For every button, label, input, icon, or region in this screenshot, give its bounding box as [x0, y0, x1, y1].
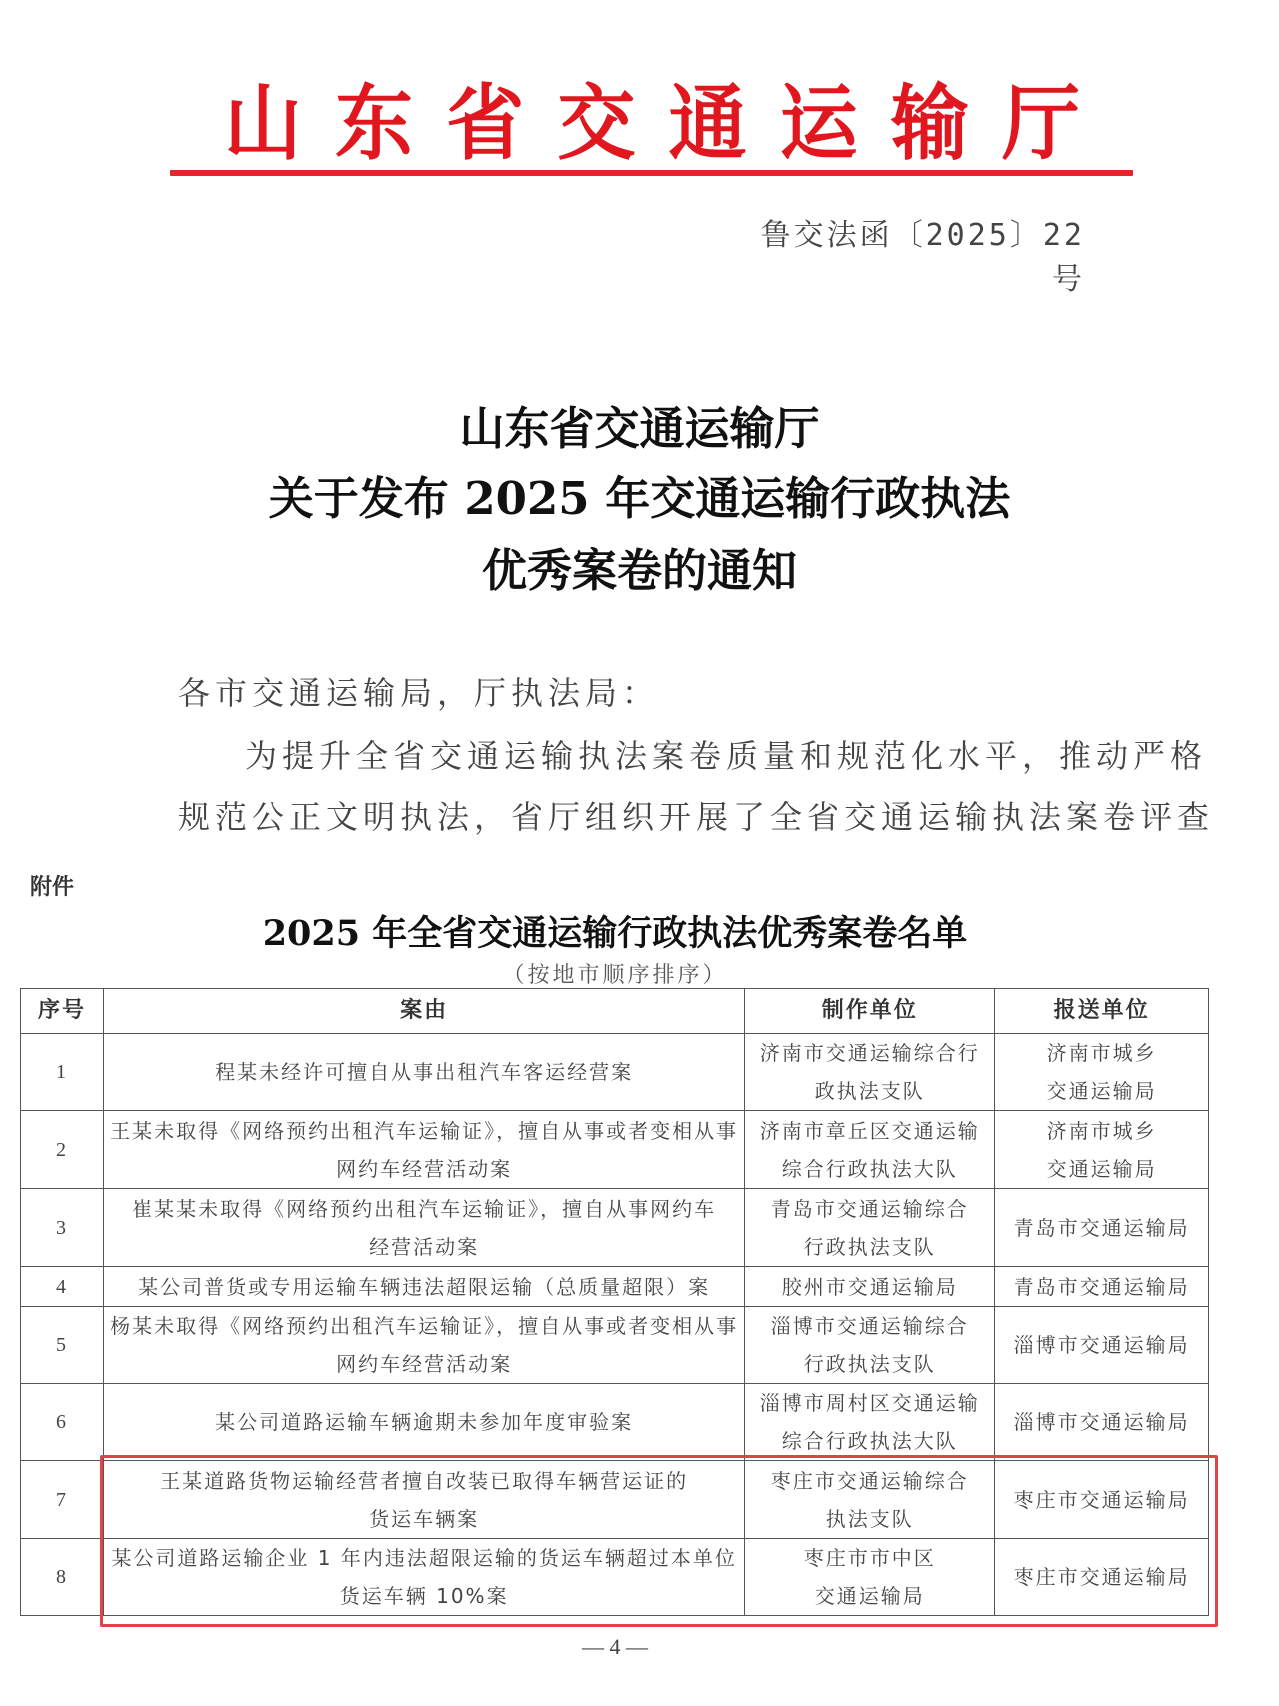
header-case-cause: 案由 [103, 989, 744, 1034]
attachment-label: 附件 [30, 870, 74, 901]
table-header-row: 序号 案由 制作单位 报送单位 [21, 989, 1209, 1034]
cell-case-cause: 王某道路货物运输经营者擅自改装已取得车辆营运证的货运车辆案 [103, 1461, 744, 1539]
header-submitting-unit: 报送单位 [995, 989, 1209, 1034]
letterhead-char: 山 [224, 58, 302, 176]
cell-line: 青岛市交通运输局 [1001, 1209, 1202, 1247]
cell-case-cause: 某公司道路运输车辆逾期未参加年度审验案 [103, 1384, 744, 1461]
cell-line: 货运车辆案 [110, 1500, 738, 1538]
cell-line: 某公司普货或专用运输车辆违法超限运输（总质量超限）案 [110, 1268, 738, 1306]
cell-line: 济南市城乡 [1001, 1112, 1202, 1150]
body-paragraph-line-2: 规范公正文明执法，省厅组织开展了全省交通运输执法案卷评查 [178, 792, 1214, 838]
cell-serial-no: 6 [21, 1384, 104, 1461]
cell-line: 政执法支队 [751, 1072, 988, 1110]
cell-submitting-unit: 枣庄市交通运输局 [995, 1461, 1209, 1539]
cell-line: 淄博市周村区交通运输 [751, 1384, 988, 1422]
cell-serial-no: 8 [21, 1539, 104, 1616]
cell-submitting-unit: 青岛市交通运输局 [995, 1189, 1209, 1267]
page-number: — 4 — [0, 1634, 1230, 1660]
cell-producing-unit: 淄博市交通运输综合行政执法支队 [745, 1307, 995, 1384]
header-producing-unit: 制作单位 [745, 989, 995, 1034]
cell-line: 枣庄市交通运输综合 [751, 1462, 988, 1500]
cell-producing-unit: 济南市交通运输综合行政执法支队 [745, 1034, 995, 1111]
cell-serial-no: 4 [21, 1267, 104, 1307]
cell-line: 淄博市交通运输局 [1001, 1326, 1202, 1364]
letterhead-char: 厅 [1002, 58, 1080, 176]
header-serial-no: 序号 [21, 989, 104, 1034]
cell-producing-unit: 济南市章丘区交通运输综合行政执法大队 [745, 1111, 995, 1189]
cell-submitting-unit: 济南市城乡交通运输局 [995, 1034, 1209, 1111]
cell-producing-unit: 胶州市交通运输局 [745, 1267, 995, 1307]
table-row: 5 杨某未取得《网络预约出租汽车运输证》，擅自从事或者变相从事网约车经营活动案 … [21, 1307, 1209, 1384]
cell-line: 济南市城乡 [1001, 1034, 1202, 1072]
cell-serial-no: 2 [21, 1111, 104, 1189]
letterhead-char: 输 [891, 58, 969, 176]
cell-producing-unit: 枣庄市交通运输综合执法支队 [745, 1461, 995, 1539]
cell-line: 枣庄市交通运输局 [1001, 1481, 1202, 1519]
letterhead-red-rule [170, 170, 1133, 176]
cell-line: 交通运输局 [1001, 1072, 1202, 1110]
cell-case-cause: 某公司普货或专用运输车辆违法超限运输（总质量超限）案 [103, 1267, 744, 1307]
cell-line: 执法支队 [751, 1500, 988, 1538]
table-row: 2 王某未取得《网络预约出租汽车运输证》，擅自从事或者变相从事网约车经营活动案 … [21, 1111, 1209, 1189]
cell-line: 济南市交通运输综合行 [751, 1034, 988, 1072]
attachment-list-title: 2025 年全省交通运输行政执法优秀案卷名单 [0, 906, 1230, 956]
table-row: 7 王某道路货物运输经营者擅自改装已取得车辆营运证的货运车辆案 枣庄市交通运输综… [21, 1461, 1209, 1539]
cell-line: 综合行政执法大队 [751, 1150, 988, 1188]
cell-line: 崔某某未取得《网络预约出租汽车运输证》，擅自从事网约车 [110, 1190, 738, 1228]
cell-case-cause: 程某未经许可擅自从事出租汽车客运经营案 [103, 1034, 744, 1111]
cell-line: 经营活动案 [110, 1228, 738, 1266]
cell-serial-no: 5 [21, 1307, 104, 1384]
cell-line: 网约车经营活动案 [110, 1150, 738, 1188]
letterhead-char: 通 [669, 58, 747, 176]
cell-submitting-unit: 淄博市交通运输局 [995, 1384, 1209, 1461]
attachment-list-subtitle: （按地市顺序排序） [0, 958, 1230, 989]
document-title-line-3: 优秀案卷的通知 [0, 534, 1279, 599]
cell-line: 某公司道路运输企业 1 年内违法超限运输的货运车辆超过本单位 [110, 1539, 738, 1577]
cell-submitting-unit: 青岛市交通运输局 [995, 1267, 1209, 1307]
letterhead-char: 运 [780, 58, 858, 176]
cell-line: 淄博市交通运输局 [1001, 1403, 1202, 1441]
table-row: 3 崔某某未取得《网络预约出租汽车运输证》，擅自从事网约车经营活动案 青岛市交通… [21, 1189, 1209, 1267]
cell-line: 综合行政执法大队 [751, 1422, 988, 1460]
cell-submitting-unit: 枣庄市交通运输局 [995, 1539, 1209, 1616]
cell-line: 枣庄市市中区 [751, 1539, 988, 1577]
cell-case-cause: 杨某未取得《网络预约出租汽车运输证》，擅自从事或者变相从事网约车经营活动案 [103, 1307, 744, 1384]
document-title-line-1: 山东省交通运输厅 [0, 392, 1279, 457]
cell-line: 货运车辆 10%案 [110, 1577, 738, 1615]
document-title-line-2: 关于发布 2025 年交通运输行政执法 [0, 462, 1279, 527]
cell-case-cause: 崔某某未取得《网络预约出租汽车运输证》，擅自从事网约车经营活动案 [103, 1189, 744, 1267]
salutation: 各市交通运输局，厅执法局： [178, 668, 659, 714]
cell-submitting-unit: 淄博市交通运输局 [995, 1307, 1209, 1384]
cell-line: 某公司道路运输车辆逾期未参加年度审验案 [110, 1403, 738, 1441]
cell-producing-unit: 青岛市交通运输综合行政执法支队 [745, 1189, 995, 1267]
letterhead-org-name: 山 东 省 交 通 运 输 厅 [224, 72, 1080, 162]
table-row: 1 程某未经许可擅自从事出租汽车客运经营案 济南市交通运输综合行政执法支队 济南… [21, 1034, 1209, 1111]
cell-producing-unit: 淄博市周村区交通运输综合行政执法大队 [745, 1384, 995, 1461]
letterhead-char: 省 [446, 58, 524, 176]
cell-line: 枣庄市交通运输局 [1001, 1558, 1202, 1596]
cell-serial-no: 1 [21, 1034, 104, 1111]
cell-line: 王某道路货物运输经营者擅自改装已取得车辆营运证的 [110, 1462, 738, 1500]
table-row: 6 某公司道路运输车辆逾期未参加年度审验案 淄博市周村区交通运输综合行政执法大队… [21, 1384, 1209, 1461]
letterhead-char: 交 [557, 58, 635, 176]
cell-line: 青岛市交通运输综合 [751, 1190, 988, 1228]
letterhead-char: 东 [335, 58, 413, 176]
cell-case-cause: 某公司道路运输企业 1 年内违法超限运输的货运车辆超过本单位货运车辆 10%案 [103, 1539, 744, 1616]
cell-line: 程某未经许可擅自从事出租汽车客运经营案 [110, 1053, 738, 1091]
cell-serial-no: 7 [21, 1461, 104, 1539]
cell-case-cause: 王某未取得《网络预约出租汽车运输证》，擅自从事或者变相从事网约车经营活动案 [103, 1111, 744, 1189]
cell-line: 王某未取得《网络预约出租汽车运输证》，擅自从事或者变相从事 [110, 1112, 738, 1150]
cell-line: 行政执法支队 [751, 1228, 988, 1266]
cell-line: 交通运输局 [751, 1577, 988, 1615]
cell-line: 行政执法支队 [751, 1345, 988, 1383]
cell-producing-unit: 枣庄市市中区交通运输局 [745, 1539, 995, 1616]
cell-submitting-unit: 济南市城乡交通运输局 [995, 1111, 1209, 1189]
cell-line: 交通运输局 [1001, 1150, 1202, 1188]
cell-line: 杨某未取得《网络预约出租汽车运输证》，擅自从事或者变相从事 [110, 1307, 738, 1345]
cell-line: 济南市章丘区交通运输 [751, 1112, 988, 1150]
cell-line: 网约车经营活动案 [110, 1345, 738, 1383]
cell-line: 淄博市交通运输综合 [751, 1307, 988, 1345]
table-row: 4 某公司普货或专用运输车辆违法超限运输（总质量超限）案 胶州市交通运输局 青岛… [21, 1267, 1209, 1307]
cell-line: 胶州市交通运输局 [751, 1268, 988, 1306]
cell-serial-no: 3 [21, 1189, 104, 1267]
table-row: 8 某公司道路运输企业 1 年内违法超限运输的货运车辆超过本单位货运车辆 10%… [21, 1539, 1209, 1616]
body-paragraph-line-1: 为提升全省交通运输执法案卷质量和规范化水平，推动严格 [245, 731, 1207, 777]
cell-line: 青岛市交通运输局 [1001, 1268, 1202, 1306]
excellent-cases-table: 序号 案由 制作单位 报送单位 1 程某未经许可擅自从事出租汽车客运经营案 济南… [20, 988, 1209, 1616]
document-number: 鲁交法函〔2025〕22 号 [745, 210, 1085, 298]
